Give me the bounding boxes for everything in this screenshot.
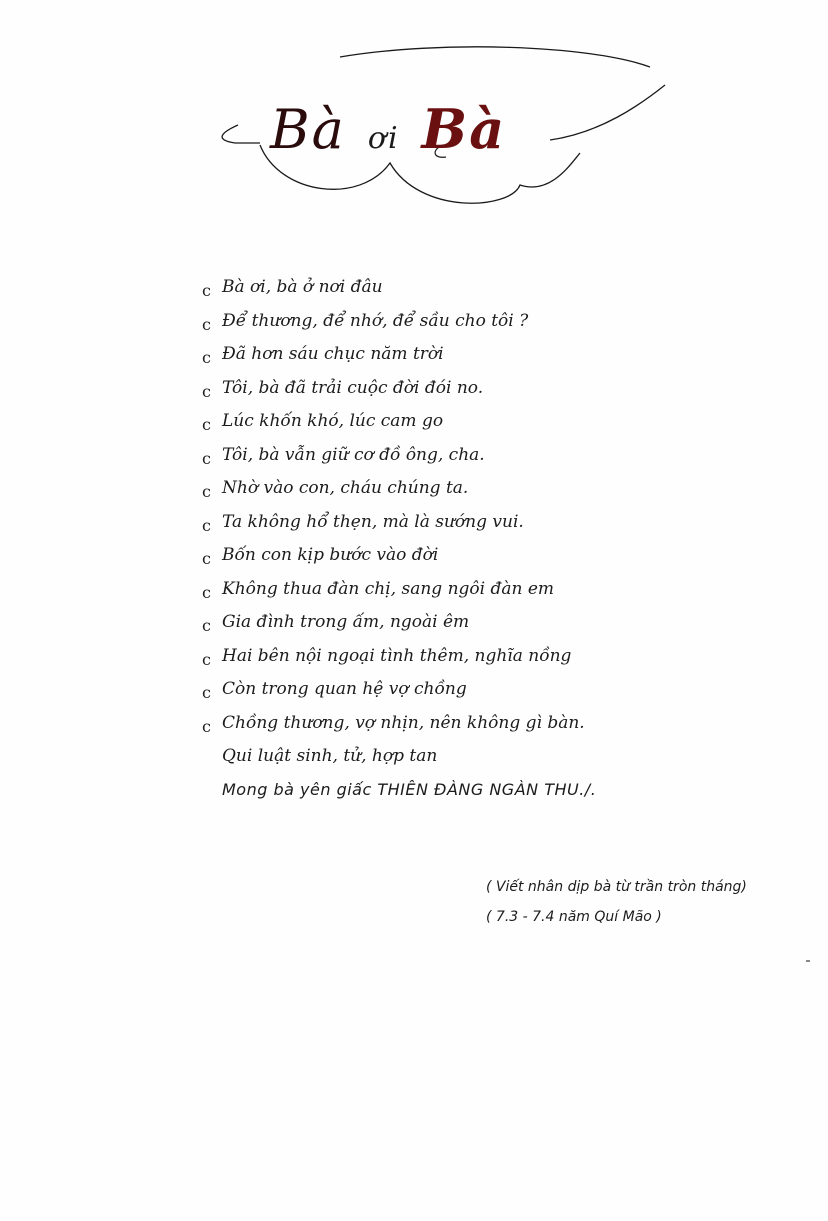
- margin-mark: c: [202, 645, 211, 675]
- margin-mark: c: [202, 410, 211, 440]
- title-word-oi: ơi: [368, 121, 400, 156]
- dedication-note: ( Viết nhân dịp bà từ trần tròn tháng) (…: [486, 872, 747, 932]
- paper-speck: [806, 960, 810, 962]
- poem-line: cĐể thương, để nhớ, để sầu cho tôi ?: [222, 306, 642, 340]
- margin-mark: c: [202, 712, 211, 742]
- dedication-date: ( 7.3 - 7.4 năm Quí Mão ): [486, 902, 747, 932]
- poem-line: cBốn con kịp bước vào đời: [222, 540, 642, 574]
- margin-mark: c: [202, 611, 211, 641]
- margin-mark: c: [202, 544, 211, 574]
- poem-closing-line: Mong bà yên giấc THIÊN ĐÀNG NGÀN THU./.: [222, 775, 642, 809]
- poem-line: cHai bên nội ngoại tình thêm, nghĩa nồng: [222, 641, 642, 675]
- margin-mark: c: [202, 477, 211, 507]
- margin-mark: c: [202, 377, 211, 407]
- title-word-ba-accent: Bà: [422, 97, 507, 161]
- poem-line: cLúc khốn khó, lúc cam go: [222, 406, 642, 440]
- poem-line: cChồng thương, vợ nhịn, nên không gì bàn…: [222, 708, 642, 742]
- margin-mark: c: [202, 511, 211, 541]
- margin-mark: c: [202, 678, 211, 708]
- margin-mark: c: [202, 578, 211, 608]
- poem-line: cĐã hơn sáu chục năm trời: [222, 339, 642, 373]
- handwritten-page: BàơiBà cBà ơi, bà ở nơi đâu cĐể thương, …: [0, 0, 828, 1221]
- poem-line: cTa không hổ thẹn, mà là sướng vui.: [222, 507, 642, 541]
- margin-mark: c: [202, 276, 211, 306]
- poem-line: cKhông thua đàn chị, sang ngôi đàn em: [222, 574, 642, 608]
- poem-line: cTôi, bà vẫn giữ cơ đồ ông, cha.: [222, 440, 642, 474]
- poem-line: cTôi, bà đã trải cuộc đời đói no.: [222, 373, 642, 407]
- poem-line: Qui luật sinh, tử, hợp tan: [222, 741, 642, 775]
- margin-mark: c: [202, 343, 211, 373]
- poem-line: cBà ơi, bà ở nơi đâu: [222, 272, 642, 306]
- poem-body: cBà ơi, bà ở nơi đâu cĐể thương, để nhớ,…: [222, 272, 642, 808]
- poem-line: cCòn trong quan hệ vợ chồng: [222, 674, 642, 708]
- title-cloud-banner: BàơiBà: [210, 45, 670, 235]
- poem-title: BàơiBà: [270, 97, 506, 161]
- margin-mark: c: [202, 444, 211, 474]
- poem-line: cGia đình trong ấm, ngoài êm: [222, 607, 642, 641]
- title-word-ba: Bà: [270, 98, 346, 161]
- margin-mark: c: [202, 310, 211, 340]
- dedication-occasion: ( Viết nhân dịp bà từ trần tròn tháng): [486, 872, 747, 902]
- poem-line: cNhờ vào con, cháu chúng ta.: [222, 473, 642, 507]
